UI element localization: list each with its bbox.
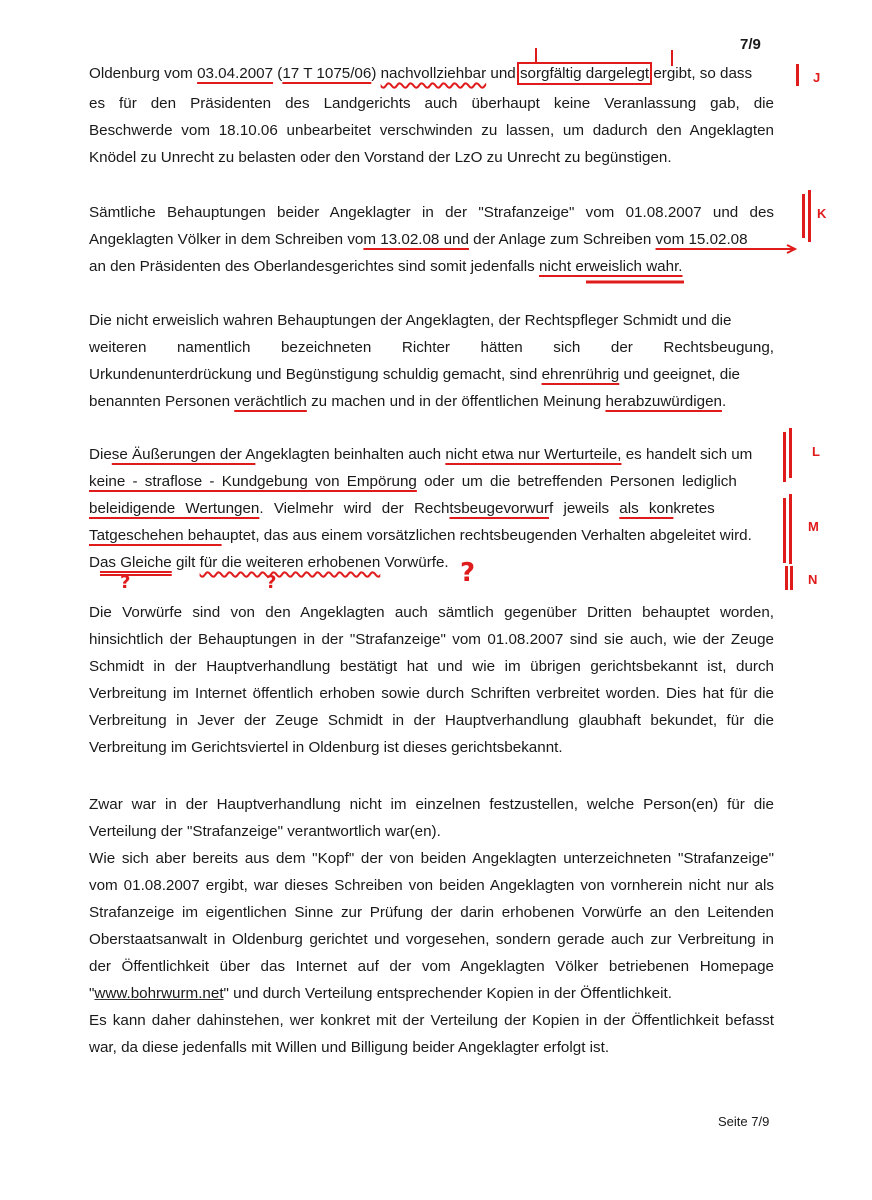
p3-line-2: weiteren namentlich bezeichneten Richter… xyxy=(89,338,774,358)
text: Die xyxy=(89,446,112,463)
p6-line-8: "www.bohrwurm.net" und durch Verteilung … xyxy=(89,984,774,1004)
margin-bar-l-1 xyxy=(783,432,786,482)
p6-line-10: war, da diese jedenfalls mit Willen und … xyxy=(89,1038,774,1058)
p5-line-1: Die Vorwürfe sind von den Angeklagten au… xyxy=(89,603,774,623)
text: ergibt, so dass xyxy=(649,65,752,82)
text: zu machen und in der öffentlichen Meinun… xyxy=(307,393,606,410)
text: uptet, das aus einem vorsätzlichen recht… xyxy=(222,527,752,544)
p1-line-2: es für den Präsidenten des Landgerichts … xyxy=(89,94,774,114)
wavy-underlined-word: nachvollziehbar xyxy=(381,65,487,82)
p1-line-1: Oldenburg vom 03.04.2007 (17 T 1075/06) … xyxy=(89,64,774,84)
text: es handelt sich um xyxy=(621,446,752,463)
text: kretes xyxy=(673,500,714,517)
margin-bar-k-2 xyxy=(808,190,811,242)
margin-letter-l: L xyxy=(812,444,820,459)
text: . Vielmehr wird der Rech xyxy=(259,500,449,517)
underlined-word: herabzuwürdigen xyxy=(605,393,722,410)
wavy-underlined-phrase: für die weiteren erhobenen xyxy=(200,554,381,571)
p6-line-1: Zwar war in der Hauptverhandlung nicht i… xyxy=(89,795,774,815)
question-mark-annotation: ? xyxy=(120,572,130,593)
text: . xyxy=(722,393,726,410)
underlined-phrase: beleidigende Wertungen xyxy=(89,500,259,517)
text: " und durch Verteilung entsprechender Ko… xyxy=(224,985,672,1002)
underlined-date: m 13.02.08 und xyxy=(363,231,469,248)
p6-line-3: Wie sich aber bereits aus dem "Kopf" der… xyxy=(89,849,774,869)
p4-line-2: keine - straflose - Kundgebung von Empör… xyxy=(89,472,774,492)
margin-bar-m-1 xyxy=(783,498,786,563)
underlined-phrase: als kon xyxy=(619,500,673,517)
margin-bar-m-2 xyxy=(789,494,792,564)
p2-line-2: Angeklagten Völker in dem Schreiben vom … xyxy=(89,230,774,250)
text: ( xyxy=(273,65,282,82)
p4-line-5: Das Gleiche gilt für die weiteren erhobe… xyxy=(89,553,774,573)
p6-line-4: vom 01.08.2007 ergibt, war dieses Schrei… xyxy=(89,876,774,896)
p3-line-4: benannten Personen verächtlich zu machen… xyxy=(89,392,774,412)
underlined-phrase: erweislich wahr. xyxy=(571,258,682,275)
text: gilt xyxy=(172,554,200,571)
underlined-word: tsbeugevorwur xyxy=(449,500,549,517)
text: benannten Personen xyxy=(89,393,234,410)
p2-line-3: an den Präsidenten des Oberlandesgericht… xyxy=(89,257,774,277)
margin-letter-m: M xyxy=(808,519,819,534)
text: der Anlage zum Schreiben xyxy=(469,231,656,248)
text: Angeklagten Völker in dem Schreiben vo xyxy=(89,231,363,248)
question-mark-annotation: ? xyxy=(460,558,475,588)
p3-line-3: Urkundenunterdrückung und Begünstigung s… xyxy=(89,365,774,385)
p6-line-5: Strafanzeige im eigentlichen Sinne zur P… xyxy=(89,903,774,923)
p3-line-1: Die nicht erweislich wahren Behauptungen… xyxy=(89,311,774,331)
underlined-phrase: Tatgeschehen beha xyxy=(89,527,222,544)
p5-line-4: Verbreitung im Internet öffentlich erhob… xyxy=(89,684,774,704)
p5-line-6: Verbreitung im Gerichtsviertel in Oldenb… xyxy=(89,738,774,758)
underlined-date: 03.04.2007 xyxy=(197,65,273,82)
p6-line-2: Verteilung der "Strafanzeige" verantwort… xyxy=(89,822,774,842)
p6-line-7: der Öffentlichkeit über das Internet auf… xyxy=(89,957,774,977)
question-mark-annotation: ? xyxy=(266,572,276,593)
underlined-word: ehrenrührig xyxy=(542,366,620,383)
margin-letter-k: K xyxy=(817,206,826,221)
p6-line-6: Oberstaatsanwalt in Oldenburg gerichtet … xyxy=(89,930,774,950)
underlined-phrase: keine - straflose - Kundgebung von Empör… xyxy=(89,473,417,490)
margin-bar-l-2 xyxy=(789,428,792,478)
p6-line-9: Es kann daher dahinstehen, wer konkret m… xyxy=(89,1011,774,1031)
p4-line-4: Tatgeschehen behauptet, das aus einem vo… xyxy=(89,526,774,546)
margin-bar-j xyxy=(796,64,799,86)
p1-line-3: Beschwerde vom 18.10.06 unbearbeitet ver… xyxy=(89,121,774,141)
double-underlined-phrase: as Gleiche xyxy=(100,554,172,571)
underlined-word: verächtlich xyxy=(234,393,307,410)
margin-letter-n: N xyxy=(808,572,817,587)
underlined-phrase: se Äußerungen der A xyxy=(112,446,256,463)
text: und xyxy=(486,65,520,82)
p4-line-1: Diese Äußerungen der Angeklagten beinhal… xyxy=(89,445,774,465)
underlined-case-number: 17 T 1075/06 xyxy=(282,65,371,82)
margin-bar-n-1 xyxy=(785,566,788,590)
page-indicator: 7/9 xyxy=(740,36,761,53)
text: Oldenburg vom xyxy=(89,65,197,82)
margin-letter-j: J xyxy=(813,70,820,85)
margin-bar-k-1 xyxy=(802,194,805,238)
text: Urkundenunterdrückung und Begünstigung s… xyxy=(89,366,542,383)
p4-line-3: beleidigende Wertungen. Vielmehr wird de… xyxy=(89,499,774,519)
text: D xyxy=(89,554,100,571)
p5-line-3: Schmidt in der Hauptverhandlung bestätig… xyxy=(89,657,774,677)
underlined-date: vom 15.02.08 xyxy=(656,231,748,248)
text: Vorwürfe. xyxy=(380,554,448,571)
underlined-word: nicht xyxy=(539,258,571,275)
margin-bar-n-2 xyxy=(790,566,793,590)
text: und geeignet, die xyxy=(619,366,740,383)
text: ngeklagten beinhalten auch xyxy=(255,446,445,463)
text: ) xyxy=(371,65,380,82)
underlined-phrase: nicht etwa nur Werturteile, xyxy=(445,446,621,463)
footer-page-label: Seite 7/9 xyxy=(718,1114,769,1129)
p1-line-4: Knödel zu Unrecht zu belasten oder den V… xyxy=(89,148,774,168)
p2-line-1: Sämtliche Behauptungen beider Angeklagte… xyxy=(89,203,774,223)
text: f jeweils xyxy=(549,500,619,517)
text: oder um die betreffenden Personen ledigl… xyxy=(417,473,737,490)
p5-line-2: hinsichtlich der Behauptungen in der "St… xyxy=(89,630,774,650)
p5-line-5: Verbreitung in Jever der Zeuge Schmidt i… xyxy=(89,711,774,731)
homepage-link[interactable]: www.bohrwurm.net xyxy=(94,985,223,1002)
text: an den Präsidenten des Oberlandesgericht… xyxy=(89,258,539,275)
boxed-phrase: sorgfältig dargelegt xyxy=(520,65,649,82)
